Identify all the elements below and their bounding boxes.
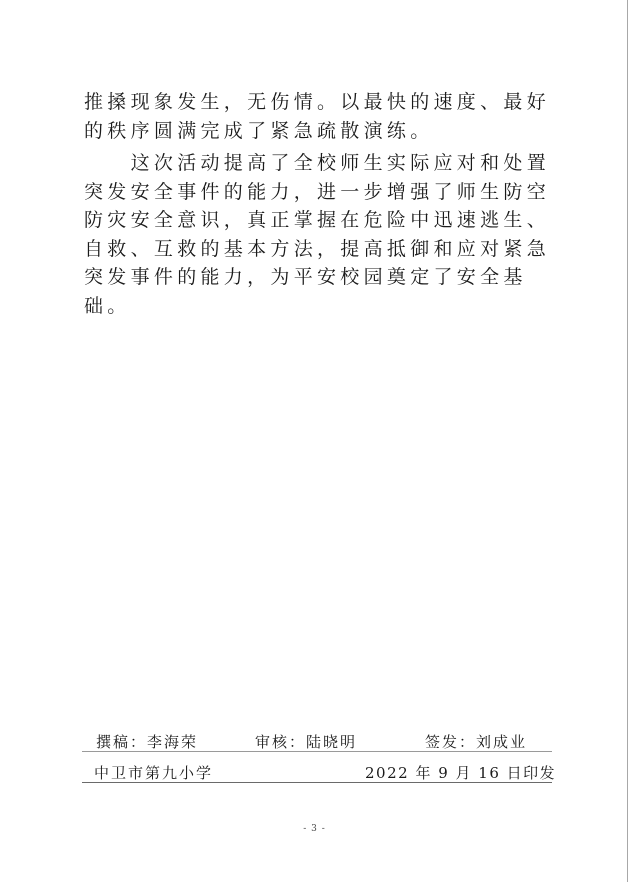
page-number: - 3 -	[0, 824, 629, 834]
footer-divider-top	[82, 751, 552, 752]
paragraph-evacuation-summary: 推搡现象发生，无伤情。以最快的速度、最好的秩序圆满完成了紧急疏散演练。	[84, 88, 554, 145]
footer-author: 撰稿：李海荣	[96, 731, 198, 752]
footer-divider-bottom	[82, 782, 552, 783]
footer-issue-date: 2022 年 9 月 16 日印发	[365, 762, 556, 783]
footer-reviewer: 审核：陆晓明	[255, 731, 357, 752]
footer-organization: 中卫市第九小学	[94, 762, 213, 783]
footer-issuer: 签发：刘成业	[425, 731, 527, 752]
document-page: 推搡现象发生，无伤情。以最快的速度、最好的秩序圆满完成了紧急疏散演练。 这次活动…	[0, 0, 628, 882]
paragraph-activity-outcome: 这次活动提高了全校师生实际应对和处置突发安全事件的能力，进一步增强了师生防空防灾…	[84, 149, 554, 320]
